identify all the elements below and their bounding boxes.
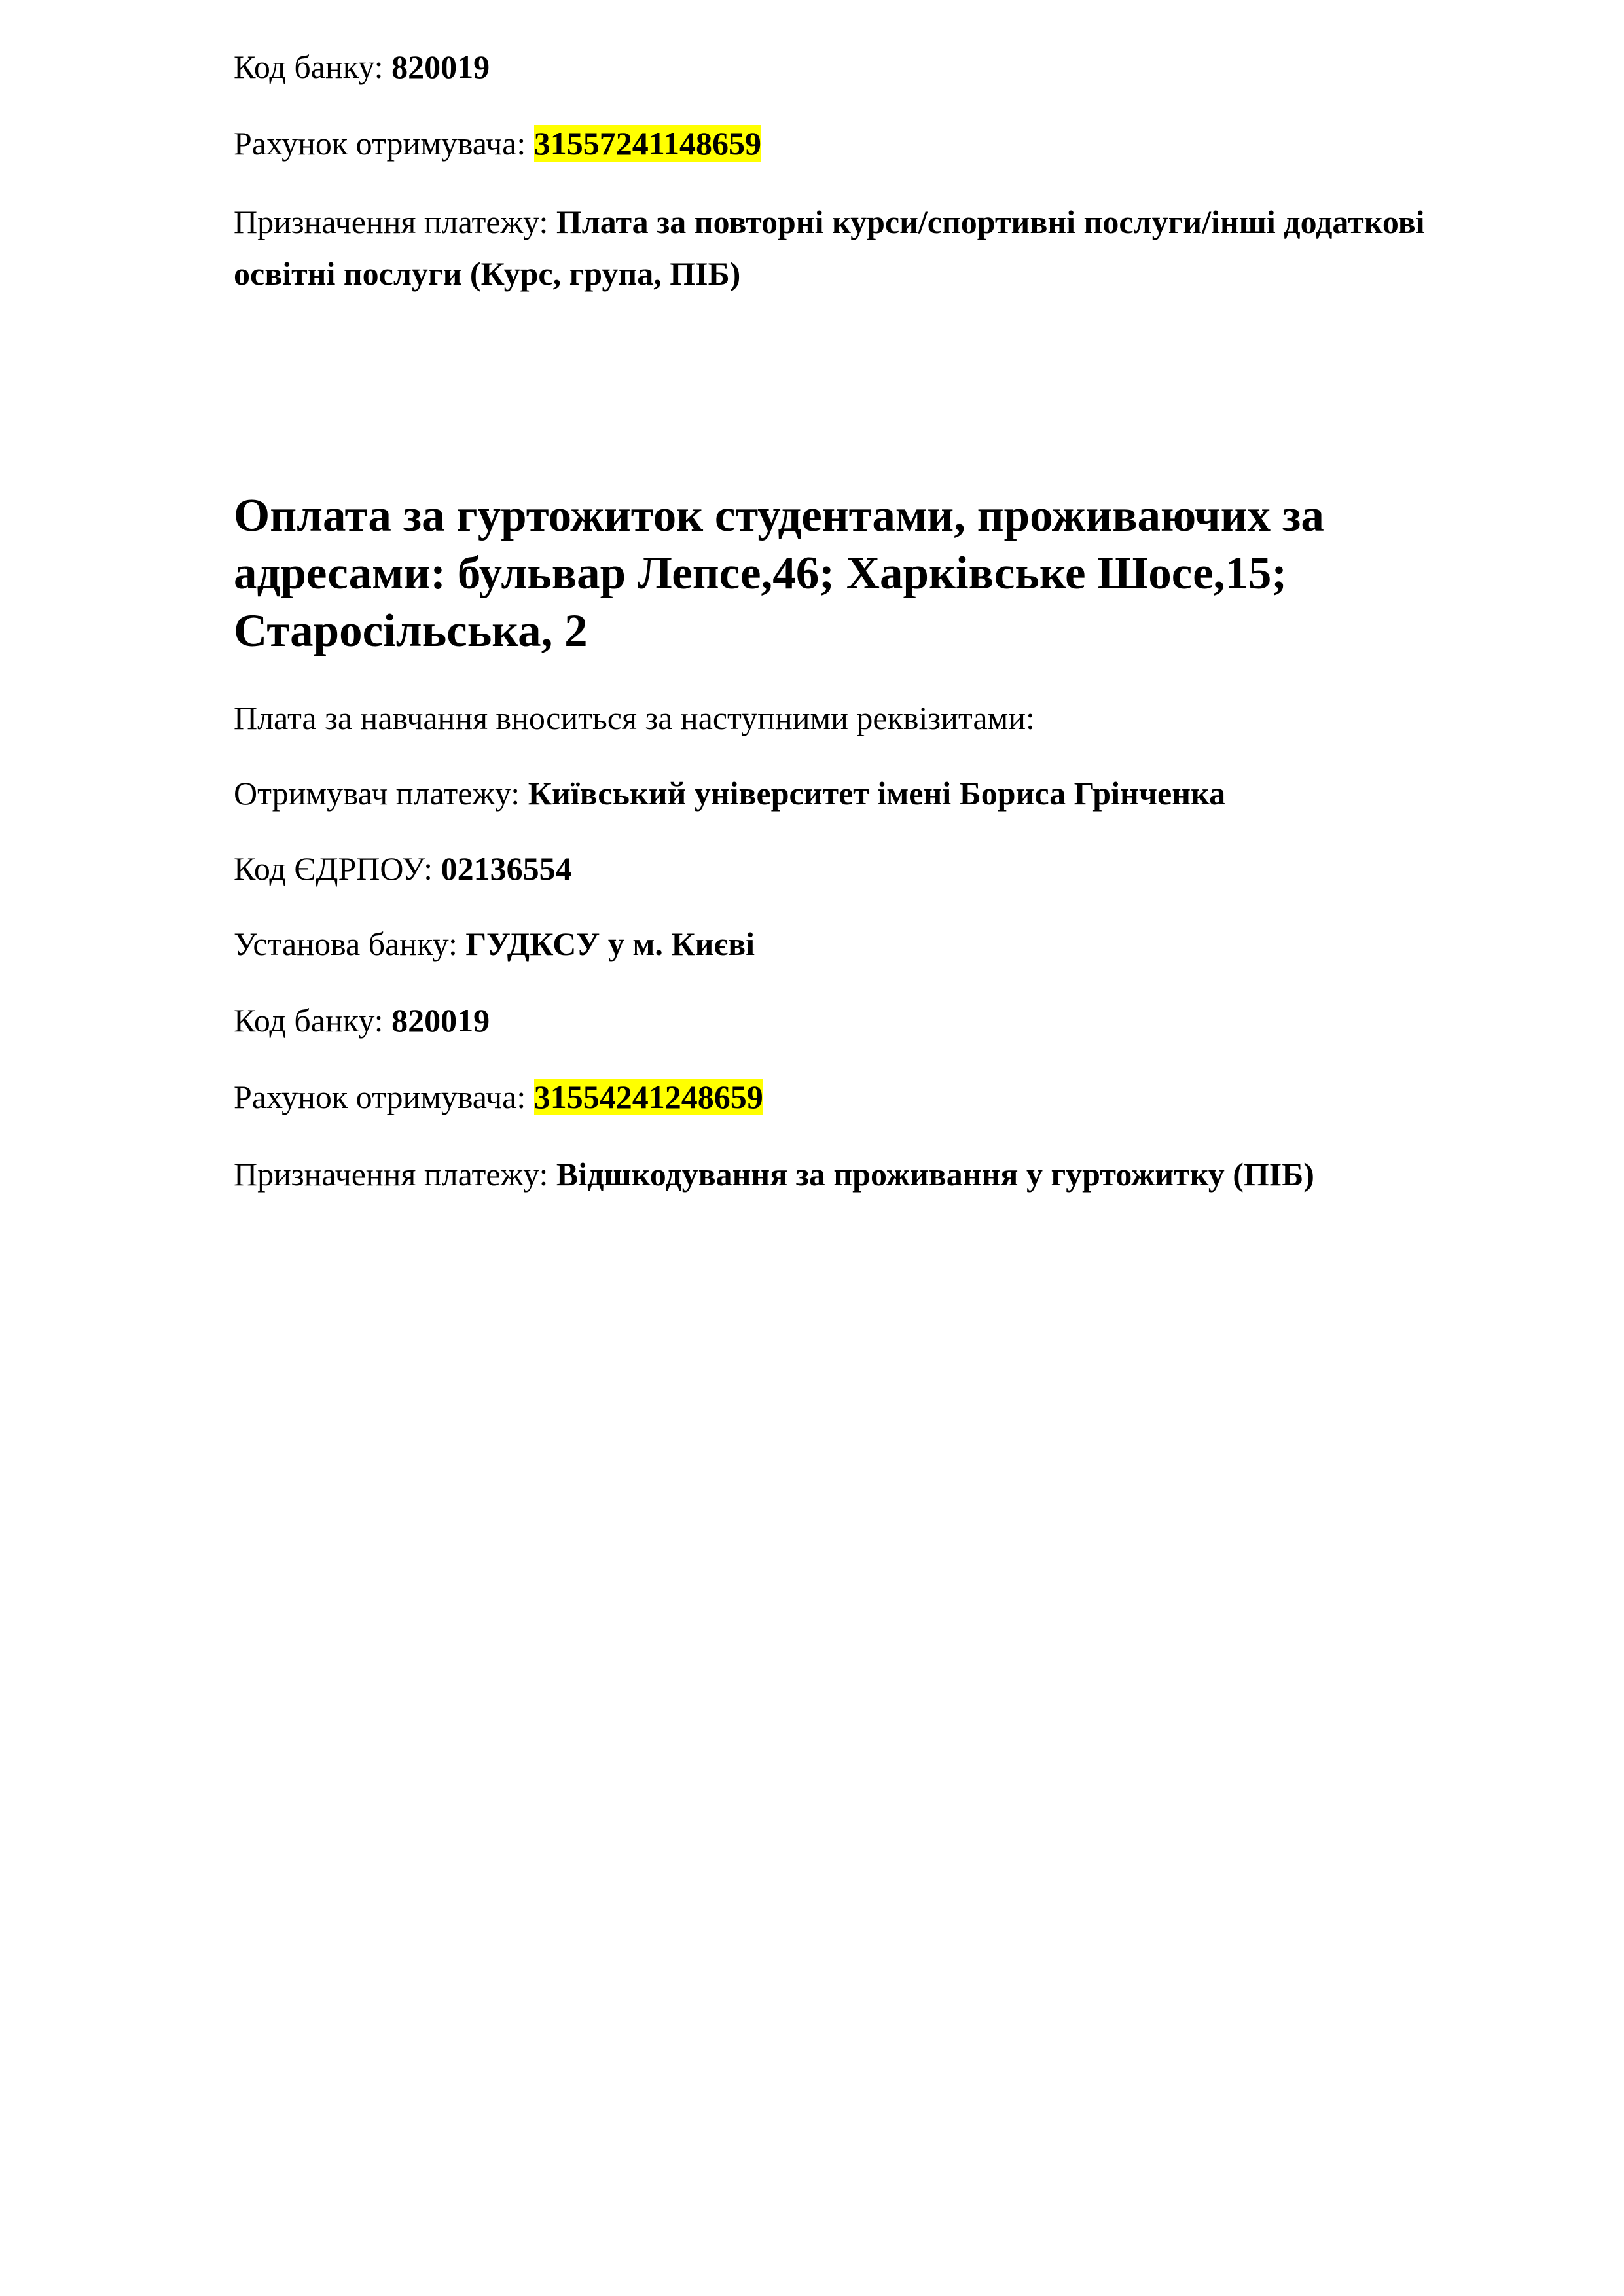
recipient-value: Київський університет імені Бориса Грінч… — [528, 775, 1225, 812]
account-line-2: Рахунок отримувача: 31554241248659 — [234, 1077, 763, 1117]
bank-value: ГУДКСУ у м. Києві — [465, 925, 755, 962]
purpose-label-2: Призначення платежу: — [234, 1156, 556, 1193]
bank-code-label-2: Код банку: — [234, 1002, 391, 1039]
recipient-line: Отримувач платежу: Київський університет… — [234, 774, 1225, 813]
bank-code-line-2: Код банку: 820019 — [234, 1001, 490, 1040]
dormitory-payment-heading: Оплата за гуртожиток студентами, прожива… — [234, 487, 1438, 660]
bank-label: Установа банку: — [234, 925, 465, 962]
recipient-label: Отримувач платежу: — [234, 775, 528, 812]
purpose-line: Призначення платежу: Плата за повторні к… — [234, 196, 1451, 300]
account-label-2: Рахунок отримувача: — [234, 1079, 534, 1115]
account-line: Рахунок отримувача: 31557241148659 — [234, 124, 761, 163]
bank-code-value-2: 820019 — [391, 1002, 490, 1039]
edrpou-line: Код ЄДРПОУ: 02136554 — [234, 849, 572, 888]
bank-line: Установа банку: ГУДКСУ у м. Києві — [234, 924, 755, 963]
account-value-2: 31554241248659 — [534, 1079, 763, 1115]
bank-code-line: Код банку: 820019 — [234, 47, 490, 86]
purpose-label: Призначення платежу: — [234, 204, 556, 240]
edrpou-label: Код ЄДРПОУ: — [234, 850, 441, 887]
account-value: 31557241148659 — [534, 125, 761, 162]
bank-code-label: Код банку: — [234, 48, 391, 85]
edrpou-value: 02136554 — [441, 850, 572, 887]
bank-code-value: 820019 — [391, 48, 490, 85]
account-label: Рахунок отримувача: — [234, 125, 534, 162]
purpose-value-2: Відшкодування за проживання у гуртожитку… — [556, 1156, 1314, 1193]
purpose-line-2: Призначення платежу: Відшкодування за пр… — [234, 1155, 1314, 1194]
intro-line: Плата за навчання вноситься за наступним… — [234, 698, 1035, 738]
